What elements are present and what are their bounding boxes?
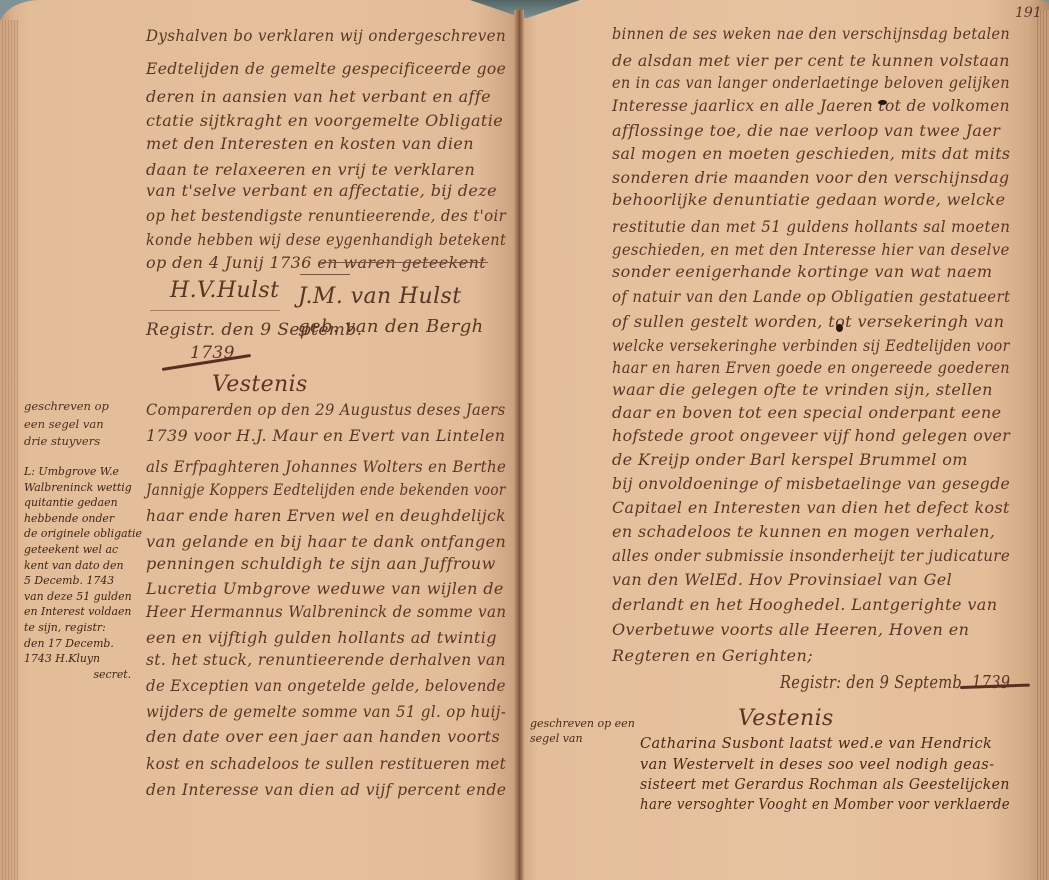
entry-heading: Vestenis [212, 374, 308, 396]
margin-note-line: van deze 51 gulden [24, 589, 142, 605]
text-line: geschieden, en met den Interesse hier va… [612, 242, 1010, 258]
text-line: van t'selve verbant en affectatie, bij d… [146, 183, 497, 199]
margin-note-line: geschreven op een [530, 716, 635, 731]
book-gutter [514, 10, 524, 880]
text-line: Regteren en Gerighten; [612, 648, 813, 664]
text-line: waar die gelegen ofte te vrinden sijn, s… [612, 382, 993, 398]
text-line: als Erfpaghteren Johannes Wolters en Ber… [146, 459, 506, 475]
margin-note-line: te sijn, registr: [24, 620, 142, 636]
text-line: Jannigje Koppers Eedtelijden ende bekend… [146, 482, 506, 498]
text-line: van den WelEd. Hov Provinsiael van Gel [612, 572, 952, 588]
text-line: de Kreijp onder Barl kerspel Brummel om [612, 452, 968, 468]
registration-note: Registr: den 9 Septemb. 1739 [780, 674, 1010, 692]
text-line: op het bestendigste renuntieerende, des … [146, 208, 506, 224]
registration-note: Registr. den 9 Septemb. [146, 322, 362, 339]
left-page-edge-stack [0, 20, 18, 880]
margin-note-line: L: Umbgrove W.e [24, 464, 142, 480]
text-line: of sullen gestelt worden, tot versekerin… [612, 314, 1004, 330]
text-line: en in cas van langer onderlaetinge belov… [612, 75, 1010, 91]
margin-note-line: kent van dato den [24, 558, 142, 574]
text-line: Capitael en Interesten van dien het defe… [612, 500, 1010, 516]
text-line: sonder eenigerhande kortinge van wat nae… [612, 264, 993, 280]
signature-right-name: J.M. van Hulst [298, 286, 461, 308]
entry-heading: Vestenis [738, 708, 834, 730]
signature-flourish [150, 310, 280, 311]
text-line: binnen de ses weken nae den verschijnsda… [612, 26, 1010, 42]
margin-note-cancellation: L: Umbgrove W.e Walbreninck wettig quita… [24, 464, 143, 682]
ink-blot [836, 324, 843, 332]
text-line: van gelande en bij haar te dank ontfange… [146, 534, 506, 550]
text-line: Catharina Susbont laatst wed.e van Hendr… [640, 737, 992, 752]
signature-left: H.V.Hulst [170, 280, 279, 302]
text-line: hare versoghter Vooght en Momber voor ve… [640, 798, 1010, 813]
margin-note-line: de originele obligatie [24, 526, 142, 542]
date-underline [300, 274, 350, 275]
text-line: een en vijftigh gulden hollants ad twint… [146, 630, 497, 646]
margin-note-line: segel van [530, 731, 635, 746]
open-book: Dyshalven bo verklaren wij ondergeschrev… [0, 0, 1049, 880]
text-line: haar ende haren Erven wel en deughdelijc… [146, 508, 506, 524]
page-number: 191 [1015, 5, 1042, 21]
text-line: sisteert met Gerardus Rochman als Geeste… [640, 778, 1010, 793]
margin-note-line: drie stuyvers [24, 433, 109, 451]
text-line: welcke versekeringhe verbinden sij Eedte… [612, 338, 1010, 354]
text-line: 1739 voor H.J. Maur en Evert van Lintele… [146, 428, 505, 444]
text-line: deren in aansien van het verbant en affe [146, 89, 491, 105]
text-line: restitutie dan met 51 guldens hollants s… [612, 219, 1010, 235]
text-line: afflossinge toe, die nae verloop van twe… [612, 123, 1000, 139]
text-line: penningen schuldigh te sijn aan Juffrouw [146, 556, 496, 572]
text-line: Comparerden op den 29 Augustus deses Jae… [146, 402, 506, 418]
text-line: daan te relaxeeren en vrij te verklaren [146, 162, 475, 178]
text-line: met den Interesten en kosten van dien [146, 136, 474, 152]
margin-note-line: den 17 Decemb. [24, 636, 142, 652]
margin-note-line: geschreven op [24, 398, 109, 416]
margin-note-line: 5 Decemb. 1743 [24, 573, 142, 589]
text-line: bij onvoldoeninge of misbetaelinge van g… [612, 476, 1010, 492]
text-line: en schadeloos te kunnen en mogen verhale… [612, 524, 995, 540]
ink-blot [878, 100, 887, 105]
text-line: konde hebben wij dese eygenhandigh betek… [146, 232, 506, 248]
text-line: alles onder submissie insonderheijt ter … [612, 548, 1010, 564]
text-line: Eedtelijden de gemelte gespecificeerde g… [146, 61, 506, 77]
text-line: de Exceptien van ongetelde gelde, belove… [146, 678, 506, 694]
text-line: Dyshalven bo verklaren wij ondergeschrev… [146, 28, 506, 44]
margin-note-line: en Interest voldaen [24, 604, 142, 620]
text-line: Interesse jaarlicx en alle Jaeren tot de… [612, 98, 1010, 114]
margin-note-stamp: geschreven op een segel van [530, 716, 635, 746]
margin-note-line: secret. [24, 667, 142, 683]
margin-note-stamp: geschreven op een segel van drie stuyver… [24, 398, 109, 451]
text-line: hofstede groot ongeveer vijf hond gelege… [612, 428, 1010, 444]
date-underline [318, 262, 488, 263]
text-line: Lucretia Umbgrove weduwe van wijlen de [146, 581, 504, 597]
text-line: ctatie sijtkraght en voorgemelte Obligat… [146, 113, 503, 129]
text-line: wijders de gemelte somme van 51 gl. op h… [146, 704, 506, 720]
margin-note-line: quitantie gedaen [24, 495, 142, 511]
margin-note-line: 1743 H.Kluyn [24, 651, 142, 667]
text-line: op den 4 Junij 1736 en waren geteekent [146, 255, 486, 271]
right-page-edge-stack [1035, 10, 1049, 880]
text-line: Heer Hermannus Walbreninck de somme van [146, 604, 506, 620]
text-line: behoorlijke denuntiatie gedaan worde, we… [612, 192, 1005, 208]
text-line: den date over een jaer aan handen voorts [146, 729, 500, 745]
margin-note-line: hebbende onder [24, 511, 142, 527]
text-line: de alsdan met vier per cent te kunnen vo… [612, 53, 1010, 69]
text-line: of natuir van den Lande op Obligatien ge… [612, 289, 1010, 305]
margin-note-line: geteekent wel ac [24, 542, 142, 558]
text-line: van Westervelt in deses soo veel nodigh … [640, 758, 994, 773]
margin-note-line: een segel van [24, 416, 109, 434]
text-line: haar en haren Erven goede en ongereede g… [612, 360, 1010, 376]
text-line: kost en schadeloos te sullen restitueren… [146, 756, 506, 772]
text-line: st. het stuck, renuntieerende derhalven … [146, 652, 506, 668]
text-line: den Interesse van dien ad vijf percent e… [146, 782, 506, 798]
margin-note-line: Walbreninck wettig [24, 480, 142, 496]
text-line: derlandt en het Hooghedel. Lantgerighte … [612, 597, 997, 613]
text-line: Overbetuwe voorts alle Heeren, Hoven en [612, 622, 969, 638]
text-line: sonderen drie maanden voor den verschijn… [612, 170, 1010, 186]
text-line: sal mogen en moeten geschieden, mits dat… [612, 146, 1010, 162]
text-line: daar en boven tot een special onderpant … [612, 405, 1002, 421]
